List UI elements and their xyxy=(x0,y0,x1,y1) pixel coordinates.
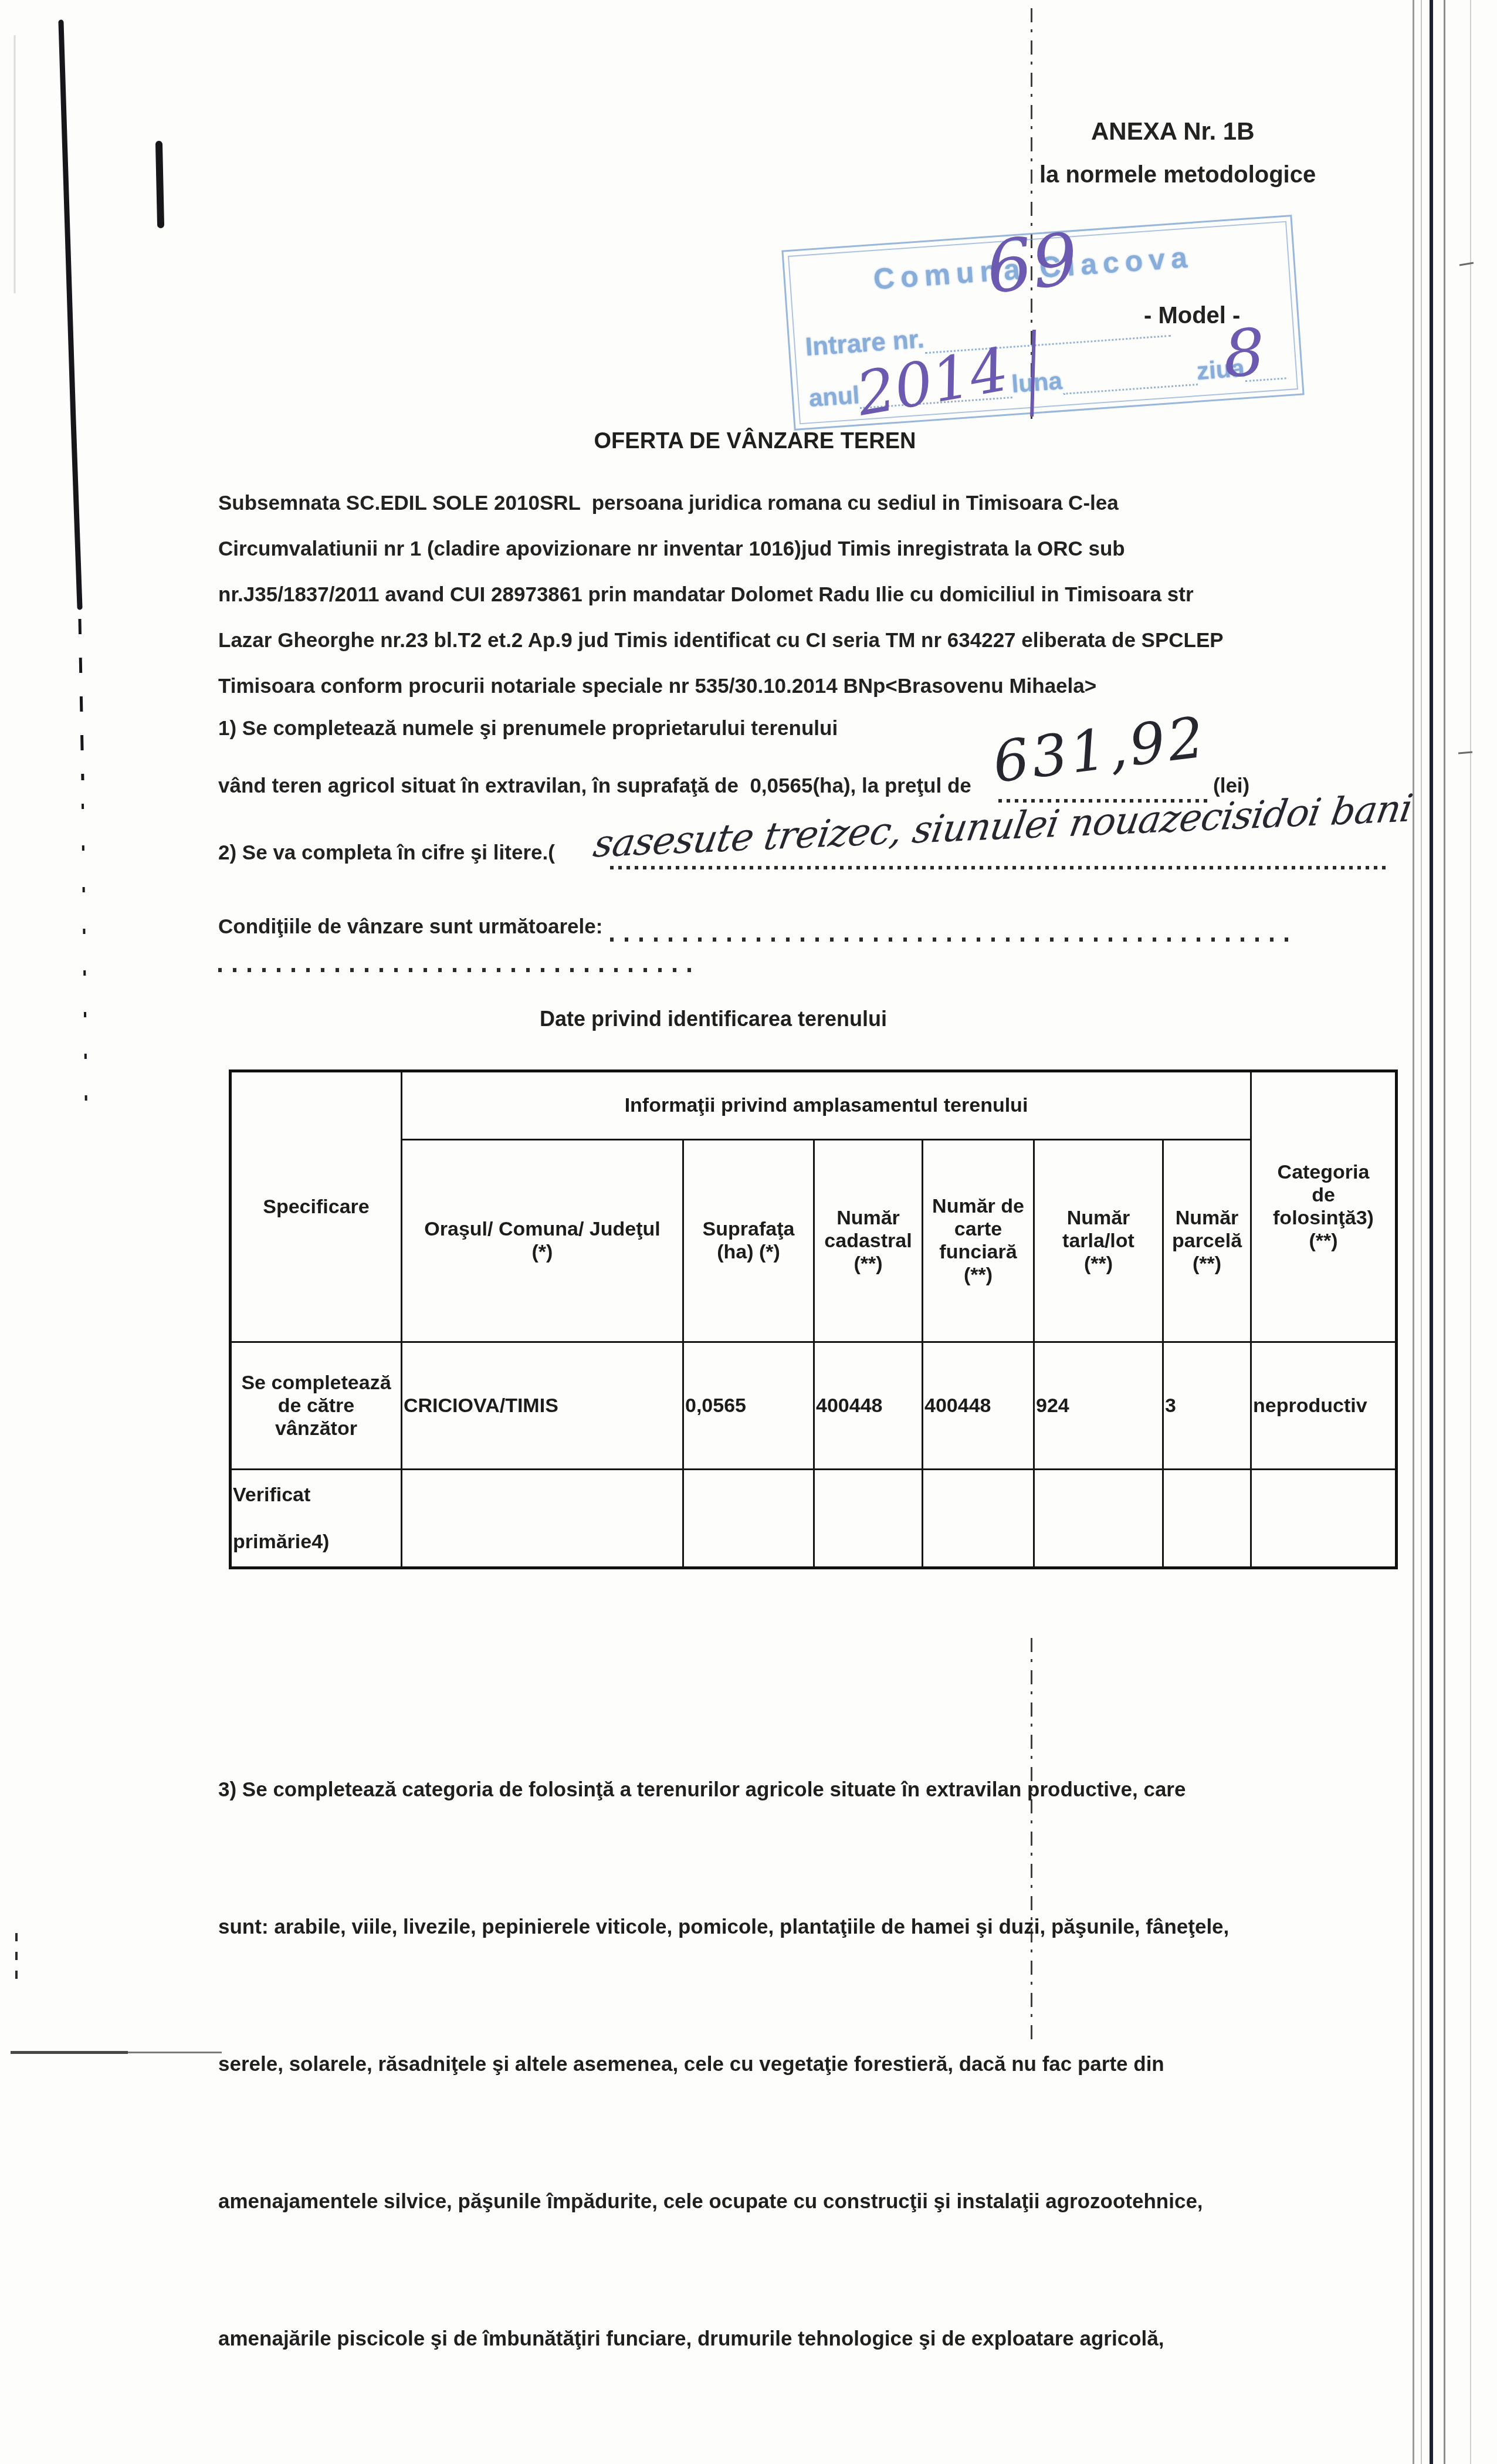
scanned-document-page: ANEXA Nr. 1B la normele metodologice - M… xyxy=(0,0,1497,2464)
document-title: OFERTA DE VÂNZARE TEREN xyxy=(218,429,1292,454)
model-label: - Model - xyxy=(1144,303,1240,329)
scan-artifacts xyxy=(0,0,1497,2464)
handwritten-entry-number: 69 xyxy=(983,217,1082,309)
